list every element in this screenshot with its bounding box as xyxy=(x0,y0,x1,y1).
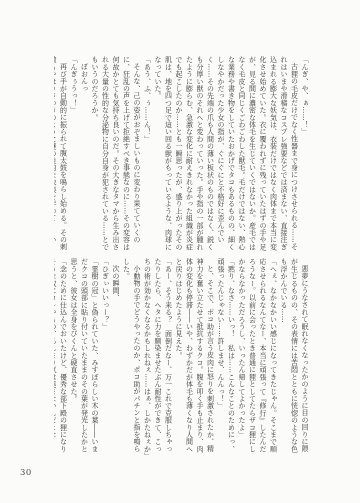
paragraph: そんな、己の姿がおぞましいものに変わり果てていくのに、狂乱の声を上げて拒絶すべき… xyxy=(90,56,143,257)
text-tier-bottom: 悪夢にうなされて眠れなくなったかのように目の回りに隈が生じるものの、その表情には… xyxy=(54,258,310,459)
paragraph: 悪夢にうなされて眠れなくなったかのように目の回りに隈が生じるものの、その表情には… xyxy=(279,258,311,459)
text-tier-top: 「んぎ、や、ぁ……！」 古狸の毛皮だけでなく性器まで身につけさせられる……それは… xyxy=(54,56,310,257)
paragraph: 次の瞬間、 xyxy=(111,258,122,459)
paragraph: 再び手が自動的に振られて腹太鼓を鳴らし始める。その刺激もやはりさっきのように謎の… xyxy=(54,56,69,257)
paragraph: 「霊樹の冠」と偽られていた、みすぼらしい木の葉――いまだクコの頭部に貼り付いてい… xyxy=(69,258,101,459)
paragraph: と、そこで、ポコ助が言う皮肉に怒りを刺激されたか、精神力を奮い立たせて抵抗するク… xyxy=(174,258,216,459)
paragraph: 「あう、ふ、ぅ……ん！」 xyxy=(142,56,153,257)
paragraph: 「へぇ、なかなかいい感じになってきたじゃん。そこまで順応させられるなんてなー、本… xyxy=(237,258,279,459)
page-text-block: 「んぎ、や、ぁ……！」 古狸の毛皮だけでなく性器まで身につけさせられる……それは… xyxy=(54,56,310,460)
paragraph: 「念のために仕込んでおいたけど、優秀な部下殿の狸になりそうな奴にコレやるの、あん… xyxy=(54,258,69,459)
paragraph: 「ひぎぃいいっー？」 xyxy=(100,258,111,459)
paragraph: 「んぎぅうっ！」 xyxy=(69,56,80,257)
paragraph: 小動物の手でどうやったのか、ポコ助がパチンと指を鳴らした。 xyxy=(121,258,142,459)
paragraph: ぼおんっ xyxy=(79,56,90,257)
paragraph: 「んぎ、や、ぁ……！」 xyxy=(300,56,311,257)
paragraph: 「黙り、なさ……いっ！ 私は……こんなことのためにっ、頑張ったんじゃない……許し… xyxy=(216,258,237,459)
paragraph: 「あー、そう来る？ 面倒だなー、万一これで克服しちゃったりしたら、ヘタに力を馴染… xyxy=(142,258,174,459)
page-number: 30 xyxy=(20,468,32,478)
paragraph: 古狸の毛皮だけでなく性器まで身につけさせられる……それはいまや滑稽なコスプレ強要… xyxy=(153,56,300,257)
book-page: 「んぎ、や、ぁ……！」 古狸の毛皮だけでなく性器まで身につけさせられる……それは… xyxy=(0,0,360,503)
